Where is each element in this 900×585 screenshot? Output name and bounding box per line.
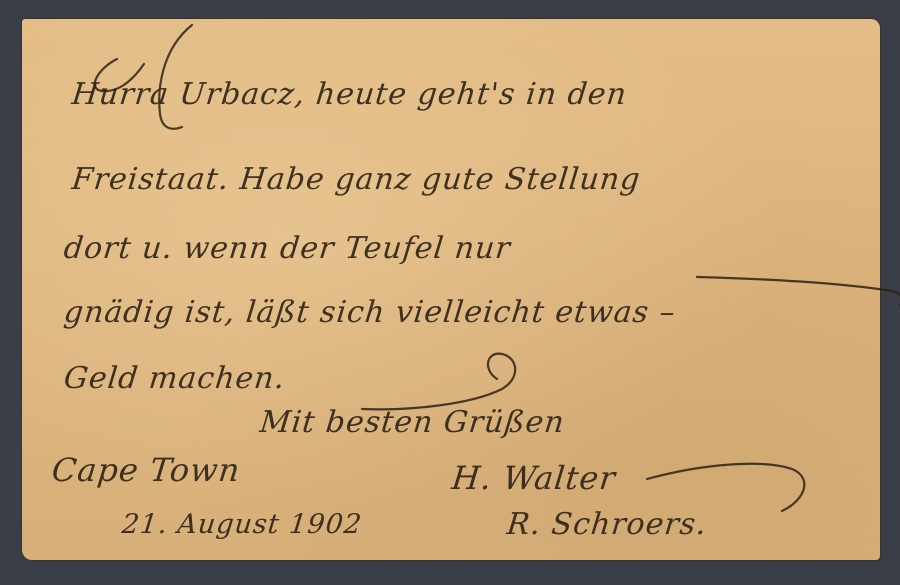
postcard: Hurra Urbacz, heute geht's in den Freist… xyxy=(22,19,880,560)
closing-text: Mit besten Grüßen xyxy=(258,405,566,440)
message-line-2: Freistaat. Habe ganz gute Stellung xyxy=(70,162,642,197)
date-text: 21. August 1902 xyxy=(120,509,363,540)
message-line-4: gnädig ist, läßt sich vielleicht etwas – xyxy=(62,295,677,330)
message-line-5: Geld machen. xyxy=(62,361,287,396)
message-line-3: dort u. wenn der Teufel nur xyxy=(62,231,512,266)
signature-line-1: H. Walter xyxy=(450,459,618,497)
underline-flourish xyxy=(692,269,900,309)
signature-line-2: R. Schroers. xyxy=(505,507,708,542)
message-line-1: Hurra Urbacz, heute geht's in den xyxy=(70,77,629,112)
place-text: Cape Town xyxy=(50,451,242,489)
